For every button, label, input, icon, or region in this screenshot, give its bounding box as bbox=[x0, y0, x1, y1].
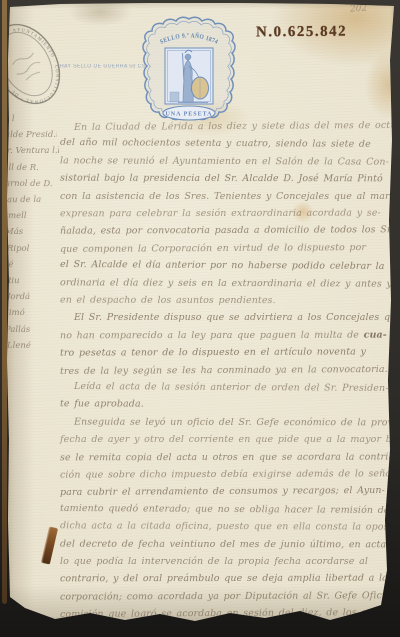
stamp-denomination-text: UNA PESETA bbox=[165, 111, 212, 117]
margin-note: Más bbox=[5, 227, 57, 237]
manuscript-line: tro pesetas a tenor de lo dispuesto en e… bbox=[60, 346, 390, 358]
margin-note: Jordá bbox=[7, 292, 59, 302]
stamp-denomination-banner: UNA PESETA bbox=[163, 106, 215, 120]
manuscript-line: El Sr. Presidente dispuso que se advirti… bbox=[60, 312, 400, 323]
document-page: · AYUNTAMIENTO · CONSTITUCIONAL · DE · L… bbox=[0, 0, 400, 637]
paper-tear-mark bbox=[41, 526, 58, 564]
binding-edge bbox=[2, 0, 7, 604]
vignette-base-block bbox=[170, 92, 179, 102]
margin-note: r. Ventura l.l bbox=[7, 146, 59, 156]
stamp-vignette bbox=[165, 48, 213, 104]
dark-ink-correction: cua- bbox=[364, 329, 387, 340]
manuscript-line: del decreto de fecha veintiuno del mes d… bbox=[60, 538, 390, 550]
manuscript-line: fecha de ayer y otro del corriente en qu… bbox=[60, 434, 390, 445]
manuscript-line: expresan para celebrar la sesión extraor… bbox=[60, 208, 390, 220]
margin-note: ull de R. bbox=[3, 162, 55, 172]
margin-note: Ripol bbox=[7, 243, 59, 253]
manuscript-line: tres de la ley según se les ha conminado… bbox=[60, 364, 390, 377]
manuscript-line: tamiento quedó enterado; que no se oblig… bbox=[60, 503, 390, 516]
manuscript-line: no han comparecido a la ley para que pag… bbox=[60, 329, 390, 341]
manuscript-line: la noche se reunió el Ayuntamiento en el… bbox=[60, 155, 390, 167]
margin-note: amell bbox=[3, 211, 55, 221]
manuscript-line: con la asistencia de los Sres. Tenientes… bbox=[60, 191, 390, 202]
margin-note: Pallás bbox=[5, 324, 57, 334]
margin-note: Pé bbox=[3, 260, 55, 271]
margin-note: arnol de D. bbox=[5, 179, 57, 190]
manuscript-line: corporación; como acordada ya por Diputa… bbox=[60, 590, 390, 602]
revenue-stamp: SELLO 9.º AÑO 1874 bbox=[141, 16, 237, 124]
manuscript-line: ordinaria el día diez y seis en la extra… bbox=[60, 277, 390, 289]
figure-head bbox=[185, 54, 191, 60]
manuscript-line: del año mil ochocientos setenta y cuatro… bbox=[60, 137, 390, 150]
manuscript-line: te fue aprobada. bbox=[60, 399, 390, 411]
margin-note: alde Presid.te bbox=[5, 130, 57, 140]
manuscript-line: Enseguida se leyó un oficio del Sr. Gefe… bbox=[60, 416, 400, 428]
manuscript-line: que componen la Corporación en virtud de… bbox=[60, 242, 390, 255]
oval-stamp-emblem bbox=[11, 51, 45, 83]
manuscript-line: comisión que logró se acordaba en sesión… bbox=[60, 607, 390, 620]
manuscript-line: ñalada, esta por convocatoria pasada a d… bbox=[60, 225, 390, 237]
war-tax-overprint: HAY SELLO DE GUERRA 50 CS bbox=[60, 64, 146, 69]
manuscript-line: se le remita copia del acta u otros en q… bbox=[60, 451, 390, 463]
margin-note: Simó bbox=[3, 308, 55, 318]
manuscript-line: sistorial bajo la presidencia del Sr. Al… bbox=[60, 173, 390, 185]
manuscript-line: Leída el acta de la sesión anterior de o… bbox=[60, 381, 400, 394]
margin-note: au de la bbox=[7, 195, 59, 206]
manuscript-line: en el despacho de los asuntos pendientes… bbox=[60, 295, 390, 307]
document-photo: · AYUNTAMIENTO · CONSTITUCIONAL · DE · L… bbox=[0, 0, 400, 637]
folio-number-pencil: 202 bbox=[350, 3, 368, 14]
manuscript-line: lo que podía la intervención de la propi… bbox=[60, 556, 390, 567]
margin-note: Riu bbox=[5, 276, 57, 287]
manuscript-line: contrario, y del oral preámbulo que se d… bbox=[60, 573, 390, 585]
margin-note: Llené bbox=[7, 341, 59, 352]
manuscript-line: ción que sobre dicho impuesto debía exig… bbox=[60, 468, 390, 480]
manuscript-line: el Sr. Alcalde el día anterior por no ha… bbox=[60, 259, 390, 272]
serial-number: N.0.625.842 bbox=[256, 24, 347, 42]
manuscript-line: para cubrir el arrendamiento de consumos… bbox=[60, 485, 390, 498]
manuscript-line: dicha acta a la citada oficina, puesto q… bbox=[60, 520, 390, 532]
